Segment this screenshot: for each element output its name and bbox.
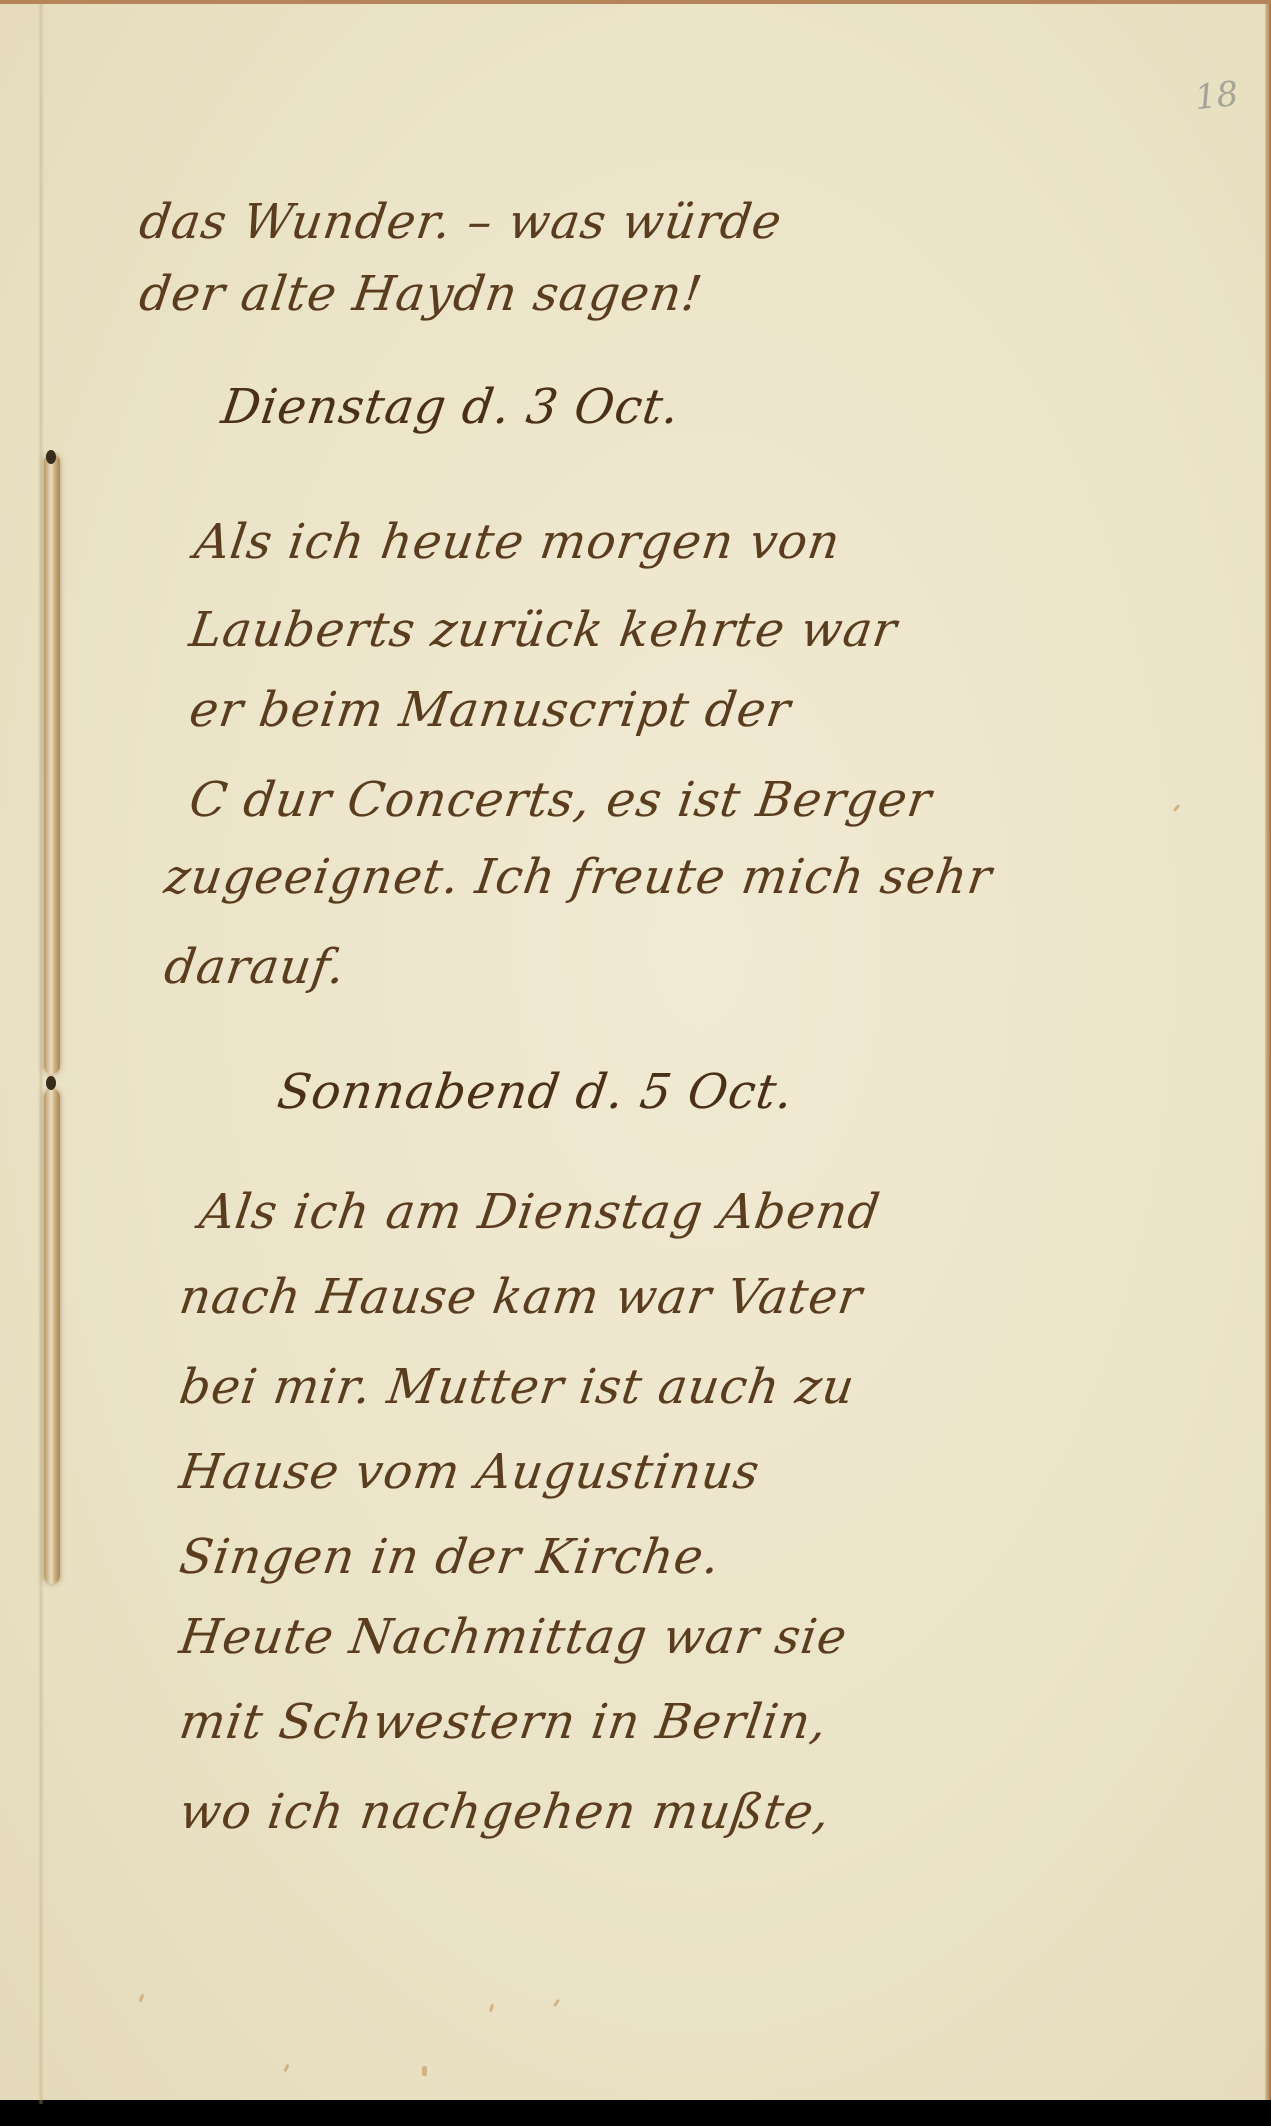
text-line: wo ich nachgehen mußte,	[176, 1784, 834, 1840]
entry-date-heading: Dienstag d. 3 Oct.	[218, 379, 683, 435]
paper-speck	[553, 1999, 560, 2007]
binding-thread	[44, 454, 60, 1074]
stitch-hole	[46, 1076, 56, 1090]
paper-speck	[283, 2064, 289, 2073]
paper-speck	[1173, 804, 1180, 812]
text-line: der alte Haydn sagen!	[136, 266, 706, 322]
binding-thread	[44, 1089, 60, 1584]
folio-number: 18	[1193, 74, 1240, 118]
text-line: zugeeignet. Ich freute mich sehr	[161, 849, 996, 905]
text-line: Als ich heute morgen von	[191, 514, 844, 570]
text-line: darauf.	[161, 939, 349, 995]
text-line: nach Hause kam war Vater	[176, 1269, 866, 1325]
stitch-hole	[46, 450, 56, 464]
manuscript-page: 18 das Wunder. – was würde der alte Hayd…	[0, 0, 1271, 2100]
paper-speck	[139, 1994, 145, 2003]
text-line: C dur Concerts, es ist Berger	[186, 772, 935, 828]
text-line: Singen in der Kirche.	[176, 1529, 724, 1585]
text-line: Hause vom Augustinus	[176, 1444, 763, 1500]
text-line: Heute Nachmittag war sie	[176, 1609, 851, 1665]
text-line: Lauberts zurück kehrte war	[186, 602, 901, 658]
text-line: das Wunder. – was würde	[136, 194, 786, 250]
paper-speck	[422, 2066, 427, 2076]
text-line: bei mir. Mutter ist auch zu	[176, 1359, 858, 1415]
text-line: mit Schwestern in Berlin,	[176, 1694, 831, 1750]
text-line: er beim Manuscript der	[186, 682, 794, 738]
paper-speck	[489, 2004, 494, 2013]
text-line: Als ich am Dienstag Abend	[196, 1184, 884, 1240]
entry-date-heading: Sonnabend d. 5 Oct.	[274, 1064, 797, 1120]
